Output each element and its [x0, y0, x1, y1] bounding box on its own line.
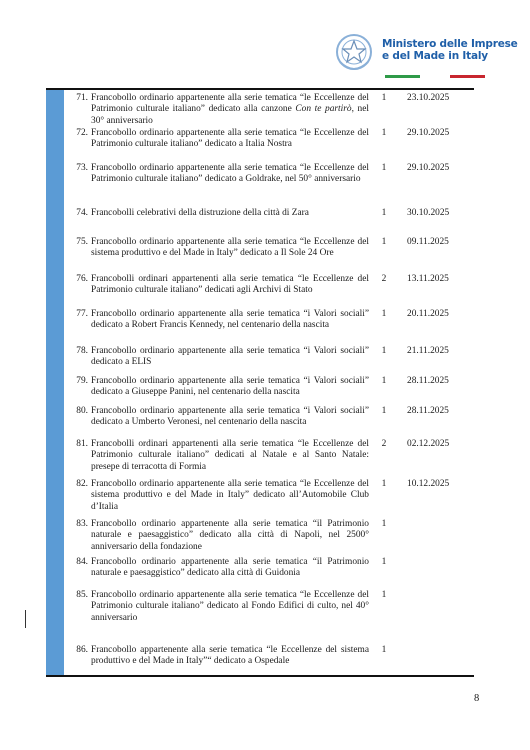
row-number: 72. — [68, 128, 88, 139]
table-top-border — [46, 88, 474, 90]
page-number: 8 — [474, 693, 479, 704]
row-number: 77. — [68, 309, 88, 320]
row-quantity: 1 — [379, 406, 389, 417]
row-number: 79. — [68, 376, 88, 387]
row-number: 85. — [68, 590, 88, 601]
row-quantity: 2 — [379, 439, 389, 450]
row-quantity: 1 — [379, 309, 389, 320]
row-number: 75. — [68, 237, 88, 248]
row-description: Francobollo ordinario appartenente alla … — [91, 406, 369, 429]
row-date: 23.10.2025 — [407, 93, 449, 104]
row-description: Francobollo appartenente alla serie tema… — [91, 645, 369, 668]
row-description: Francobollo ordinario appartenente alla … — [91, 163, 369, 186]
row-description: Francobolli ordinari appartenenti alla s… — [91, 439, 369, 473]
row-date: 30.10.2025 — [407, 208, 449, 219]
row-number: 71. — [68, 93, 88, 104]
row-description: Francobolli ordinari appartenenti alla s… — [91, 274, 369, 297]
row-date: 20.11.2025 — [407, 309, 449, 320]
row-description: Francobollo ordinario appartenente alla … — [91, 237, 369, 260]
row-quantity: 1 — [379, 128, 389, 139]
table-sidebar-column — [46, 90, 64, 675]
row-number: 84. — [68, 557, 88, 568]
row-description: Francobollo ordinario appartenente alla … — [91, 93, 369, 127]
ministry-name: Ministero delle Imprese e del Made in It… — [382, 38, 518, 62]
row-quantity: 1 — [379, 557, 389, 568]
flag-stripe-green — [385, 75, 420, 78]
row-quantity: 1 — [379, 208, 389, 219]
ministry-logo: Ministero delle Imprese e del Made in It… — [330, 32, 510, 82]
row-number: 82. — [68, 479, 88, 490]
row-quantity: 1 — [379, 479, 389, 490]
row-number: 78. — [68, 346, 88, 357]
italian-republic-emblem-icon — [334, 32, 374, 76]
ministry-name-line2: e del Made in Italy — [382, 50, 518, 62]
row-quantity: 1 — [379, 519, 389, 530]
row-number: 76. — [68, 274, 88, 285]
ministry-name-line1: Ministero delle Imprese — [382, 38, 518, 50]
row-description: Francobollo ordinario appartenente alla … — [91, 309, 369, 332]
row-description: Francobollo ordinario appartenente alla … — [91, 346, 369, 369]
row-number: 73. — [68, 163, 88, 174]
row-date: 29.10.2025 — [407, 128, 449, 139]
row-date: 28.11.2025 — [407, 376, 449, 387]
row-description: Francobolli celebrativi della distruzion… — [91, 208, 369, 219]
text-cursor — [25, 610, 26, 628]
row-date: 13.11.2025 — [407, 274, 449, 285]
row-date: 02.12.2025 — [407, 439, 449, 450]
row-description: Francobollo ordinario appartenente alla … — [91, 590, 369, 624]
row-date: 09.11.2025 — [407, 237, 449, 248]
row-quantity: 1 — [379, 237, 389, 248]
row-date: 29.10.2025 — [407, 163, 449, 174]
row-number: 86. — [68, 645, 88, 656]
row-number: 81. — [68, 439, 88, 450]
row-description: Francobollo ordinario appartenente alla … — [91, 128, 369, 151]
row-quantity: 1 — [379, 590, 389, 601]
row-quantity: 1 — [379, 163, 389, 174]
row-quantity: 1 — [379, 645, 389, 656]
row-date: 28.11.2025 — [407, 406, 449, 417]
row-number: 80. — [68, 406, 88, 417]
table-bottom-border — [46, 675, 474, 677]
row-description: Francobollo ordinario appartenente alla … — [91, 557, 369, 580]
row-date: 10.12.2025 — [407, 479, 449, 490]
row-quantity: 1 — [379, 376, 389, 387]
row-description: Francobollo ordinario appartenente alla … — [91, 519, 369, 553]
row-number: 74. — [68, 208, 88, 219]
row-quantity: 1 — [379, 93, 389, 104]
row-description: Francobollo ordinario appartenente alla … — [91, 376, 369, 399]
row-date: 21.11.2025 — [407, 346, 449, 357]
flag-stripe-red — [450, 75, 485, 78]
row-description: Francobollo ordinario appartenente alla … — [91, 479, 369, 513]
row-quantity: 2 — [379, 274, 389, 285]
row-number: 83. — [68, 519, 88, 530]
row-quantity: 1 — [379, 346, 389, 357]
